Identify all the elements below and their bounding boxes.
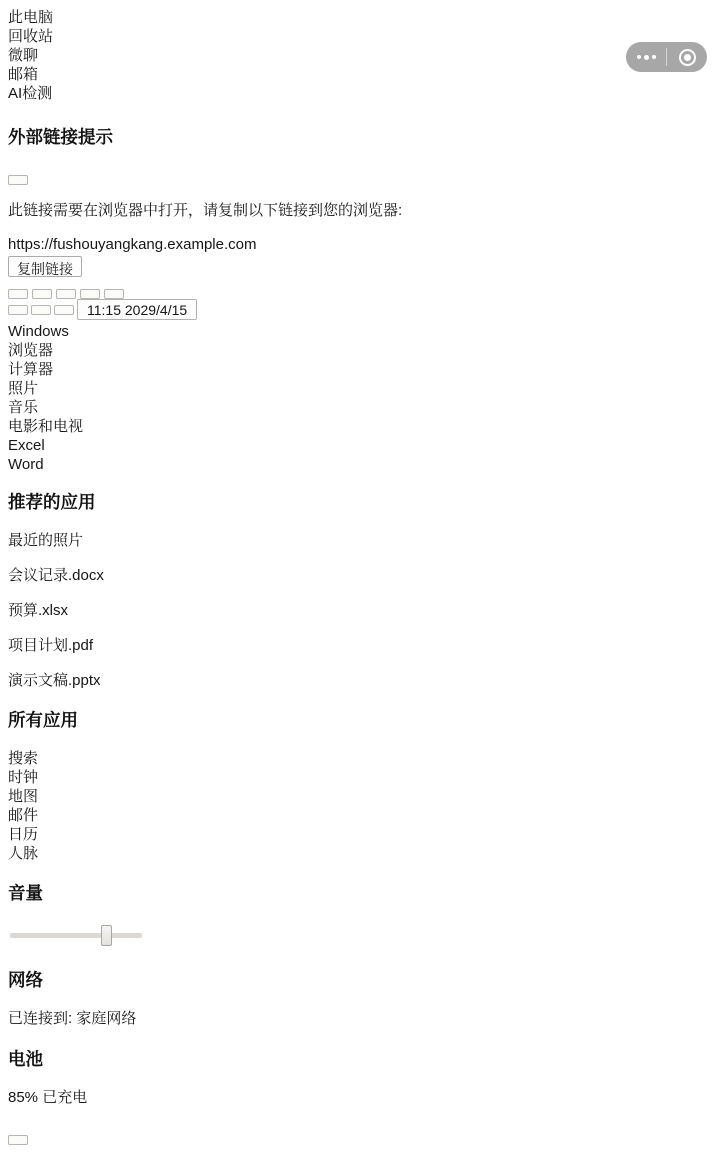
network-title: 网络 bbox=[8, 970, 43, 990]
taskbar-slot-row-2 bbox=[8, 305, 74, 315]
network-status: 已连接到: 家庭网络 bbox=[8, 1009, 136, 1028]
dialog-blank-button[interactable] bbox=[8, 175, 28, 185]
battery-status: 85% 已充电 bbox=[8, 1088, 87, 1107]
pinned-app-item[interactable]: 计算器 bbox=[8, 360, 83, 379]
pinned-app-item[interactable]: 浏览器 bbox=[8, 341, 83, 360]
taskbar-slot-button[interactable] bbox=[32, 289, 52, 299]
all-apps-title: 所有应用 bbox=[8, 710, 78, 730]
desktop-icon-list: 此电脑回收站微聊邮箱AI检测 bbox=[8, 8, 53, 103]
recommended-item[interactable]: 预算.xlsx bbox=[8, 601, 104, 620]
recommended-item[interactable]: 演示文稿.pptx bbox=[8, 671, 104, 690]
volume-title: 音量 bbox=[8, 883, 43, 903]
all-apps-item[interactable]: 人脉 bbox=[8, 844, 38, 863]
recommended-list: 最近的照片会议记录.docx预算.xlsx项目计划.pdf演示文稿.pptx bbox=[8, 531, 104, 690]
desktop-icon-item[interactable]: 回收站 bbox=[8, 27, 53, 46]
all-apps-item[interactable]: 日历 bbox=[8, 825, 38, 844]
capsule-more-button[interactable] bbox=[626, 42, 666, 72]
recommended-item[interactable]: 会议记录.docx bbox=[8, 566, 104, 585]
desktop-icon-item[interactable]: 此电脑 bbox=[8, 8, 53, 27]
all-apps-item[interactable]: 时钟 bbox=[8, 768, 38, 787]
ellipsis-icon bbox=[637, 55, 656, 60]
all-apps-item[interactable]: 邮件 bbox=[8, 806, 38, 825]
volume-slider[interactable] bbox=[10, 925, 142, 946]
taskbar-slot-button[interactable] bbox=[104, 289, 124, 299]
pinned-app-item[interactable]: Windows bbox=[8, 322, 83, 341]
all-apps-item[interactable]: 搜索 bbox=[8, 749, 38, 768]
taskbar-clock-row: 11:15 2029/4/15 bbox=[8, 299, 197, 320]
pinned-app-item[interactable]: 音乐 bbox=[8, 398, 83, 417]
taskbar-slot-button[interactable] bbox=[56, 289, 76, 299]
pinned-apps-list: Windows浏览器计算器照片音乐电影和电视ExcelWord bbox=[8, 322, 83, 474]
pinned-app-item[interactable]: 照片 bbox=[8, 379, 83, 398]
battery-title: 电池 bbox=[8, 1049, 43, 1069]
footer-blank-button[interactable] bbox=[8, 1135, 28, 1145]
taskbar-slot-button[interactable] bbox=[8, 289, 28, 299]
mini-program-page: 此电脑回收站微聊邮箱AI检测 外部链接提示 此链接需要在浏览器中打开，请复制以下… bbox=[0, 0, 720, 1152]
recommended-item[interactable]: 项目计划.pdf bbox=[8, 636, 104, 655]
volume-slider-thumb[interactable] bbox=[101, 925, 112, 946]
taskbar-slot-button[interactable] bbox=[54, 305, 74, 315]
dialog-message: 此链接需要在浏览器中打开，请复制以下链接到您的浏览器: bbox=[8, 201, 402, 220]
volume-slider-track[interactable] bbox=[10, 933, 142, 938]
desktop-icon-item[interactable]: 邮箱 bbox=[8, 65, 53, 84]
recommended-title: 推荐的应用 bbox=[8, 492, 96, 512]
recommended-item[interactable]: 最近的照片 bbox=[8, 531, 104, 550]
taskbar-slot-button[interactable] bbox=[31, 305, 51, 315]
capsule-exit-button[interactable] bbox=[667, 42, 707, 72]
desktop-icon-item[interactable]: AI检测 bbox=[8, 84, 53, 103]
taskbar-slot-button[interactable] bbox=[80, 289, 100, 299]
wechat-capsule bbox=[626, 42, 707, 72]
pinned-app-item[interactable]: 电影和电视 bbox=[8, 417, 83, 436]
pinned-app-item[interactable]: Excel bbox=[8, 436, 83, 455]
taskbar-clock-button[interactable]: 11:15 2029/4/15 bbox=[77, 299, 197, 320]
pinned-app-item[interactable]: Word bbox=[8, 455, 83, 474]
dialog-title: 外部链接提示 bbox=[8, 127, 113, 147]
all-apps-item[interactable]: 地图 bbox=[8, 787, 38, 806]
dialog-url: https://fushouyangkang.example.com bbox=[8, 235, 256, 254]
copy-link-button[interactable]: 复制链接 bbox=[8, 256, 82, 277]
taskbar-slot-row-1 bbox=[8, 289, 124, 299]
taskbar-slot-button[interactable] bbox=[8, 305, 28, 315]
target-icon bbox=[679, 49, 696, 66]
all-apps-list: 搜索时钟地图邮件日历人脉 bbox=[8, 749, 38, 863]
desktop-icon-item[interactable]: 微聊 bbox=[8, 46, 53, 65]
